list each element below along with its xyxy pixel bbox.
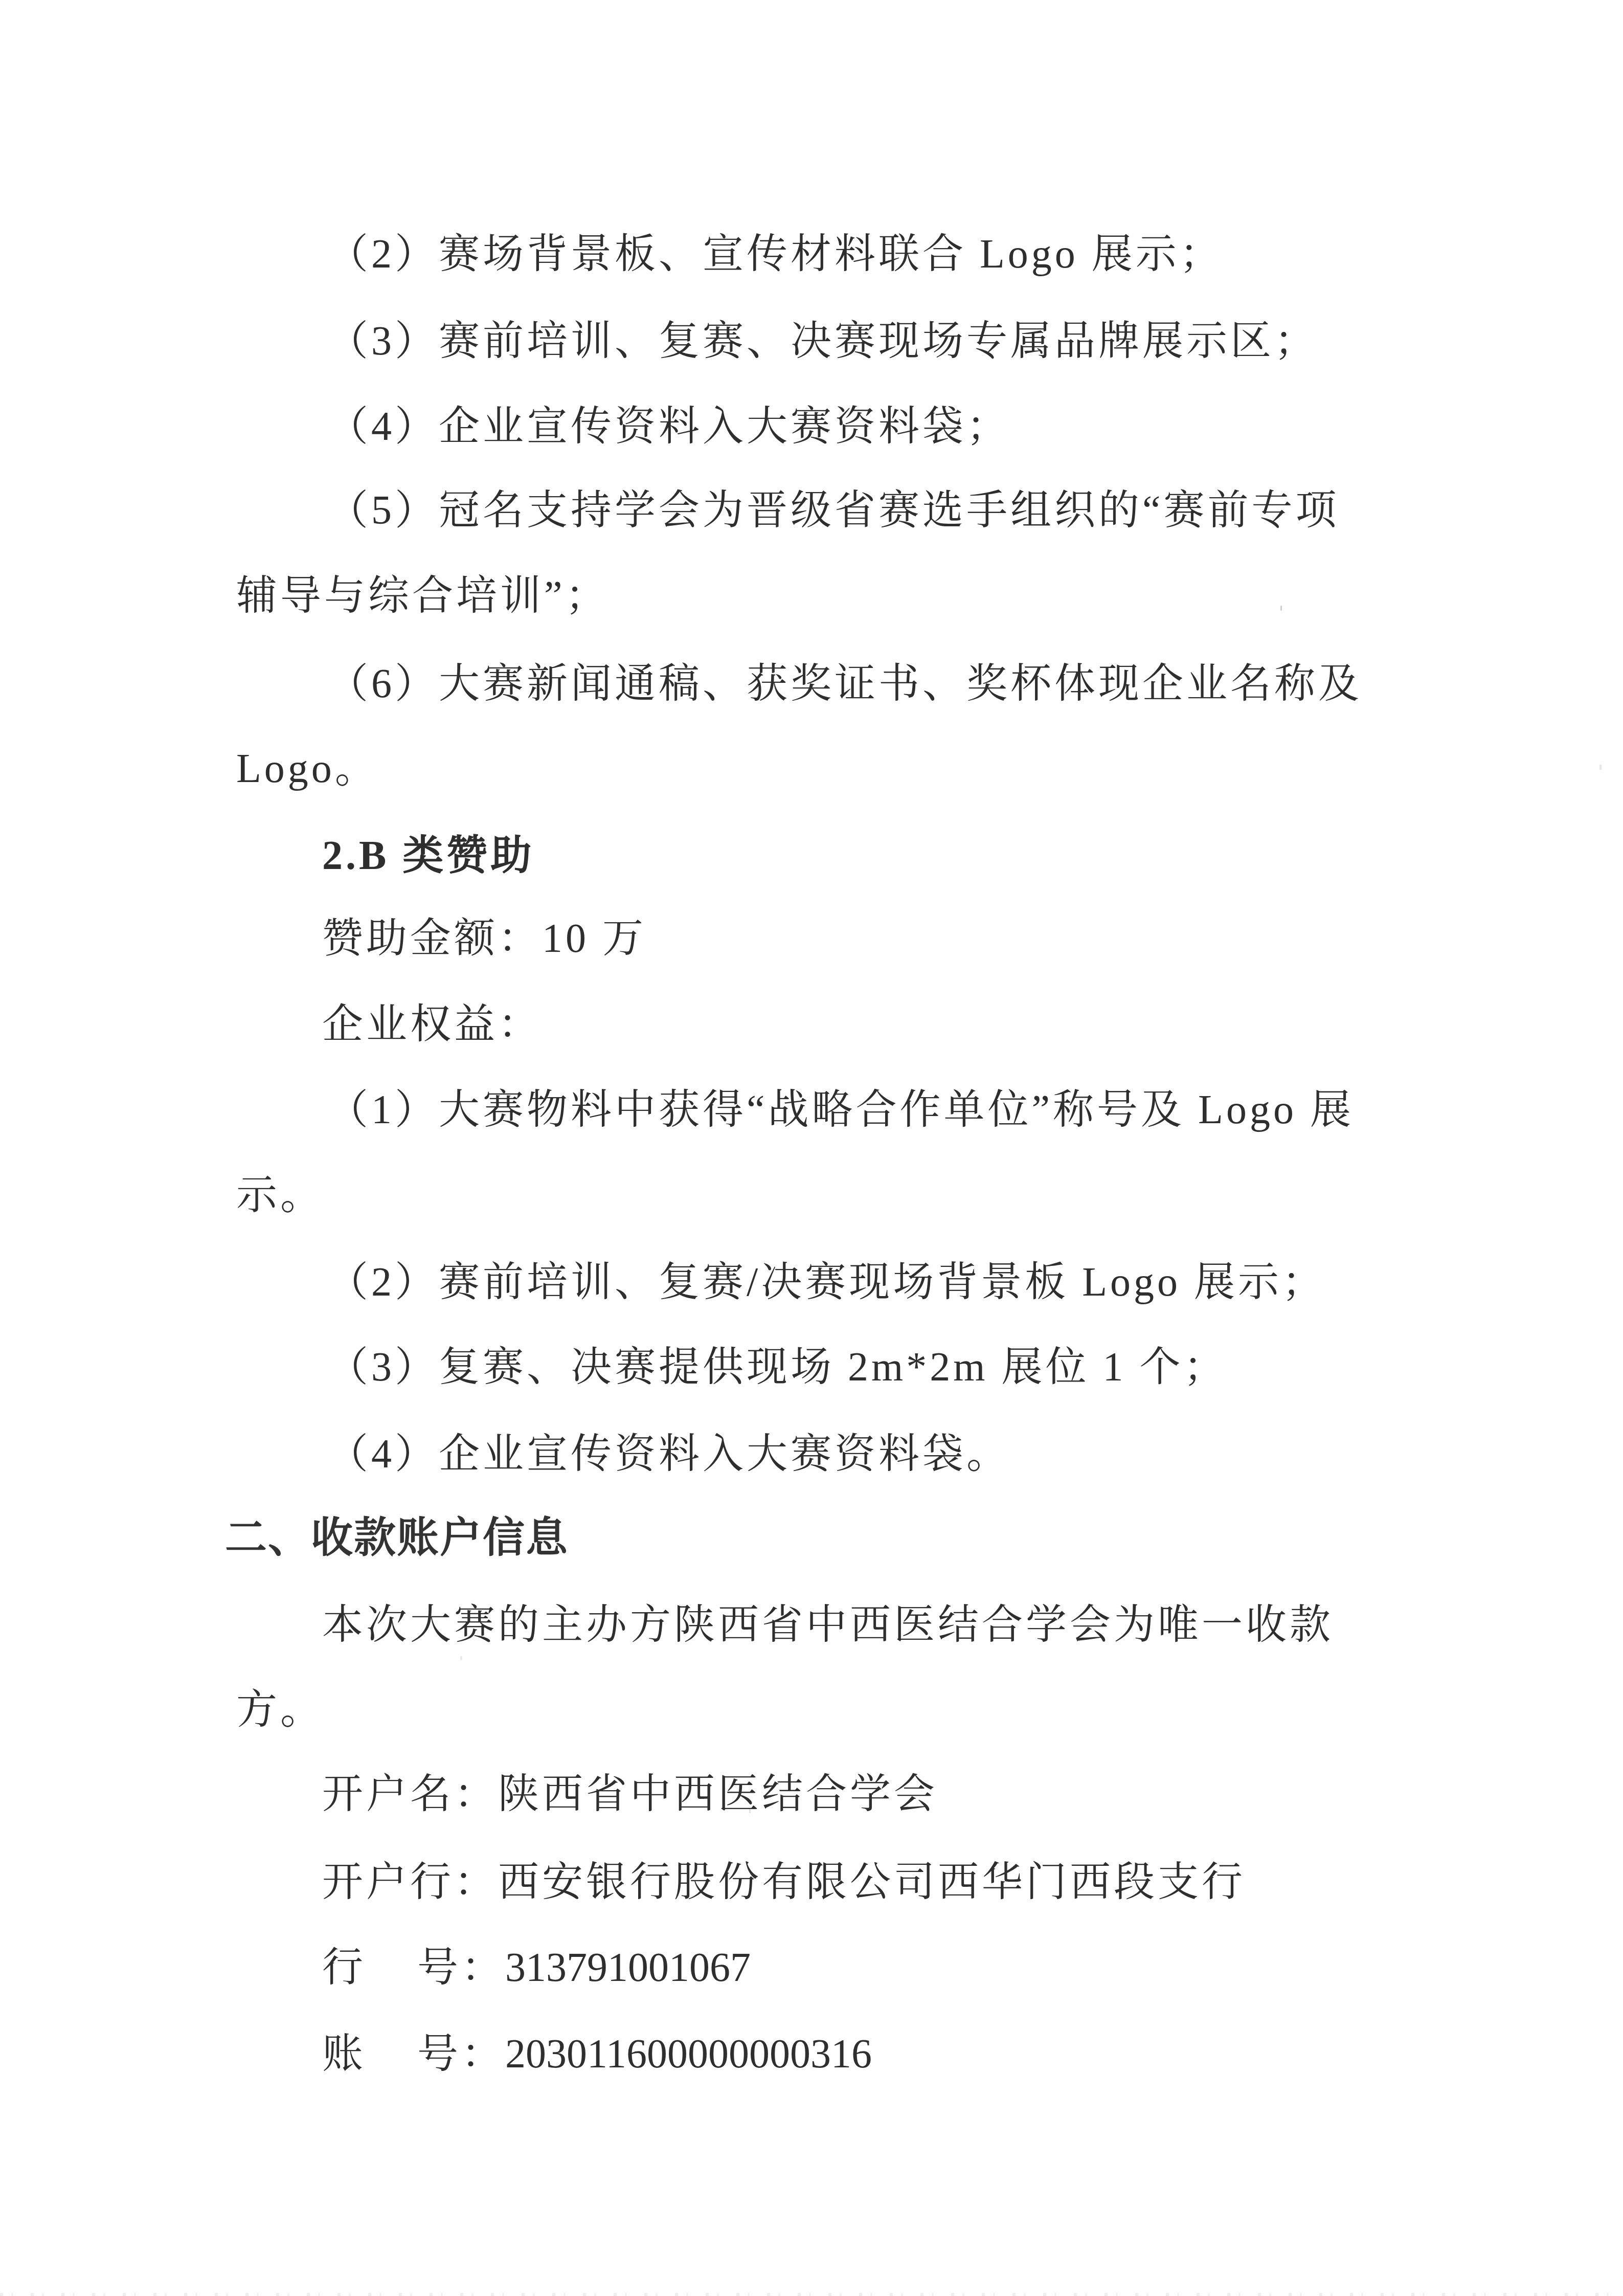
scan-bottom-edge — [0, 2293, 1623, 2296]
list-item-a6: （6）大赛新闻通稿、获奖证书、奖杯体现企业名称及 — [327, 658, 1362, 709]
item-number: （1） — [327, 1087, 439, 1132]
item-text: 企业宣传资料入大赛资料袋。 — [439, 1432, 1010, 1477]
amount-value: 10 万 — [542, 916, 646, 961]
item-text: 企业宣传资料入大赛资料袋； — [439, 404, 1010, 449]
list-item-b3: （3）复赛、决赛提供现场 2m*2m 展位 1 个； — [327, 1342, 1227, 1393]
account-number-row: 账号：203011600000000316 — [322, 2028, 872, 2080]
scan-speck — [749, 1809, 751, 1813]
bank-code-label-2: 号： — [417, 1945, 505, 1990]
list-item-b4: （4）企业宣传资料入大赛资料袋。 — [327, 1429, 1010, 1480]
list-item-b2: （2）赛前培训、复赛/决赛现场背景板 Logo 展示； — [327, 1257, 1326, 1308]
payee-intro-continuation: 方。 — [236, 1684, 324, 1735]
item-number: （3） — [327, 1345, 439, 1390]
item-text: 赛前培训、复赛/决赛现场背景板 Logo 展示； — [439, 1260, 1326, 1305]
item-text: 赛场背景板、宣传材料联合 Logo 展示； — [439, 232, 1224, 277]
list-item-b1: （1）大赛物料中获得“战略合作单位”称号及 Logo 展 — [327, 1084, 1354, 1135]
account-number-value: 203011600000000316 — [505, 2032, 872, 2077]
account-name-row: 开户名：陕西省中西医结合学会 — [322, 1769, 938, 1820]
scan-speck — [1599, 765, 1602, 770]
section-heading-payment-account: 二、收款账户信息 — [225, 1512, 569, 1564]
account-name-value: 陕西省中西医结合学会 — [498, 1772, 938, 1817]
account-number-label-2: 号： — [417, 2032, 505, 2077]
scan-speck — [460, 1656, 462, 1660]
bank-code-label-1: 行 — [322, 1945, 366, 1990]
bank-row: 开户行：西安银行股份有限公司西华门西段支行 — [322, 1857, 1246, 1908]
account-name-label: 开户名： — [322, 1772, 498, 1817]
bank-code-value: 313791001067 — [505, 1945, 751, 1990]
account-number-label-1: 账 — [322, 2032, 366, 2077]
scanned-document-page: （2）赛场背景板、宣传材料联合 Logo 展示； （3）赛前培训、复赛、决赛现场… — [0, 0, 1623, 2296]
benefits-label: 企业权益： — [322, 999, 542, 1050]
list-item-a5: （5）冠名支持学会为晋级省赛选手组织的“赛前专项 — [327, 485, 1340, 536]
item-number: （3） — [327, 319, 439, 364]
item-text: 大赛新闻通稿、获奖证书、奖杯体现企业名称及 — [439, 661, 1362, 706]
bank-value: 西安银行股份有限公司西华门西段支行 — [498, 1860, 1246, 1905]
item-number: （5） — [327, 488, 439, 533]
item-text: 复赛、决赛提供现场 2m*2m 展位 1 个； — [439, 1345, 1227, 1390]
list-item-a5-continuation: 辅导与综合培训”； — [236, 570, 610, 621]
item-text: 赛前培训、复赛、决赛现场专属品牌展示区； — [439, 319, 1318, 364]
amount-label: 赞助金额： — [322, 916, 542, 961]
list-item-a2: （2）赛场背景板、宣传材料联合 Logo 展示； — [327, 229, 1224, 280]
list-item-a4: （4）企业宣传资料入大赛资料袋； — [327, 401, 1010, 452]
payee-intro: 本次大赛的主办方陕西省中西医结合学会为唯一收款 — [322, 1599, 1334, 1651]
item-text: 冠名支持学会为晋级省赛选手组织的“赛前专项 — [439, 488, 1340, 533]
item-number: （4） — [327, 1432, 439, 1477]
item-number: （2） — [327, 232, 439, 277]
list-item-a3: （3）赛前培训、复赛、决赛现场专属品牌展示区； — [327, 316, 1318, 367]
list-item-a6-continuation: Logo。 — [236, 743, 379, 794]
list-item-b1-continuation: 示。 — [236, 1170, 324, 1221]
bank-label: 开户行： — [322, 1860, 498, 1905]
subsection-title-b: 2.B 类赞助 — [322, 830, 534, 881]
sponsorship-amount: 赞助金额：10 万 — [322, 913, 646, 964]
scan-speck — [1280, 606, 1282, 611]
bank-code-row: 行号：313791001067 — [322, 1942, 751, 1993]
item-text: 大赛物料中获得“战略合作单位”称号及 Logo 展 — [439, 1087, 1354, 1132]
item-number: （2） — [327, 1260, 439, 1305]
item-number: （6） — [327, 661, 439, 706]
item-number: （4） — [327, 404, 439, 449]
